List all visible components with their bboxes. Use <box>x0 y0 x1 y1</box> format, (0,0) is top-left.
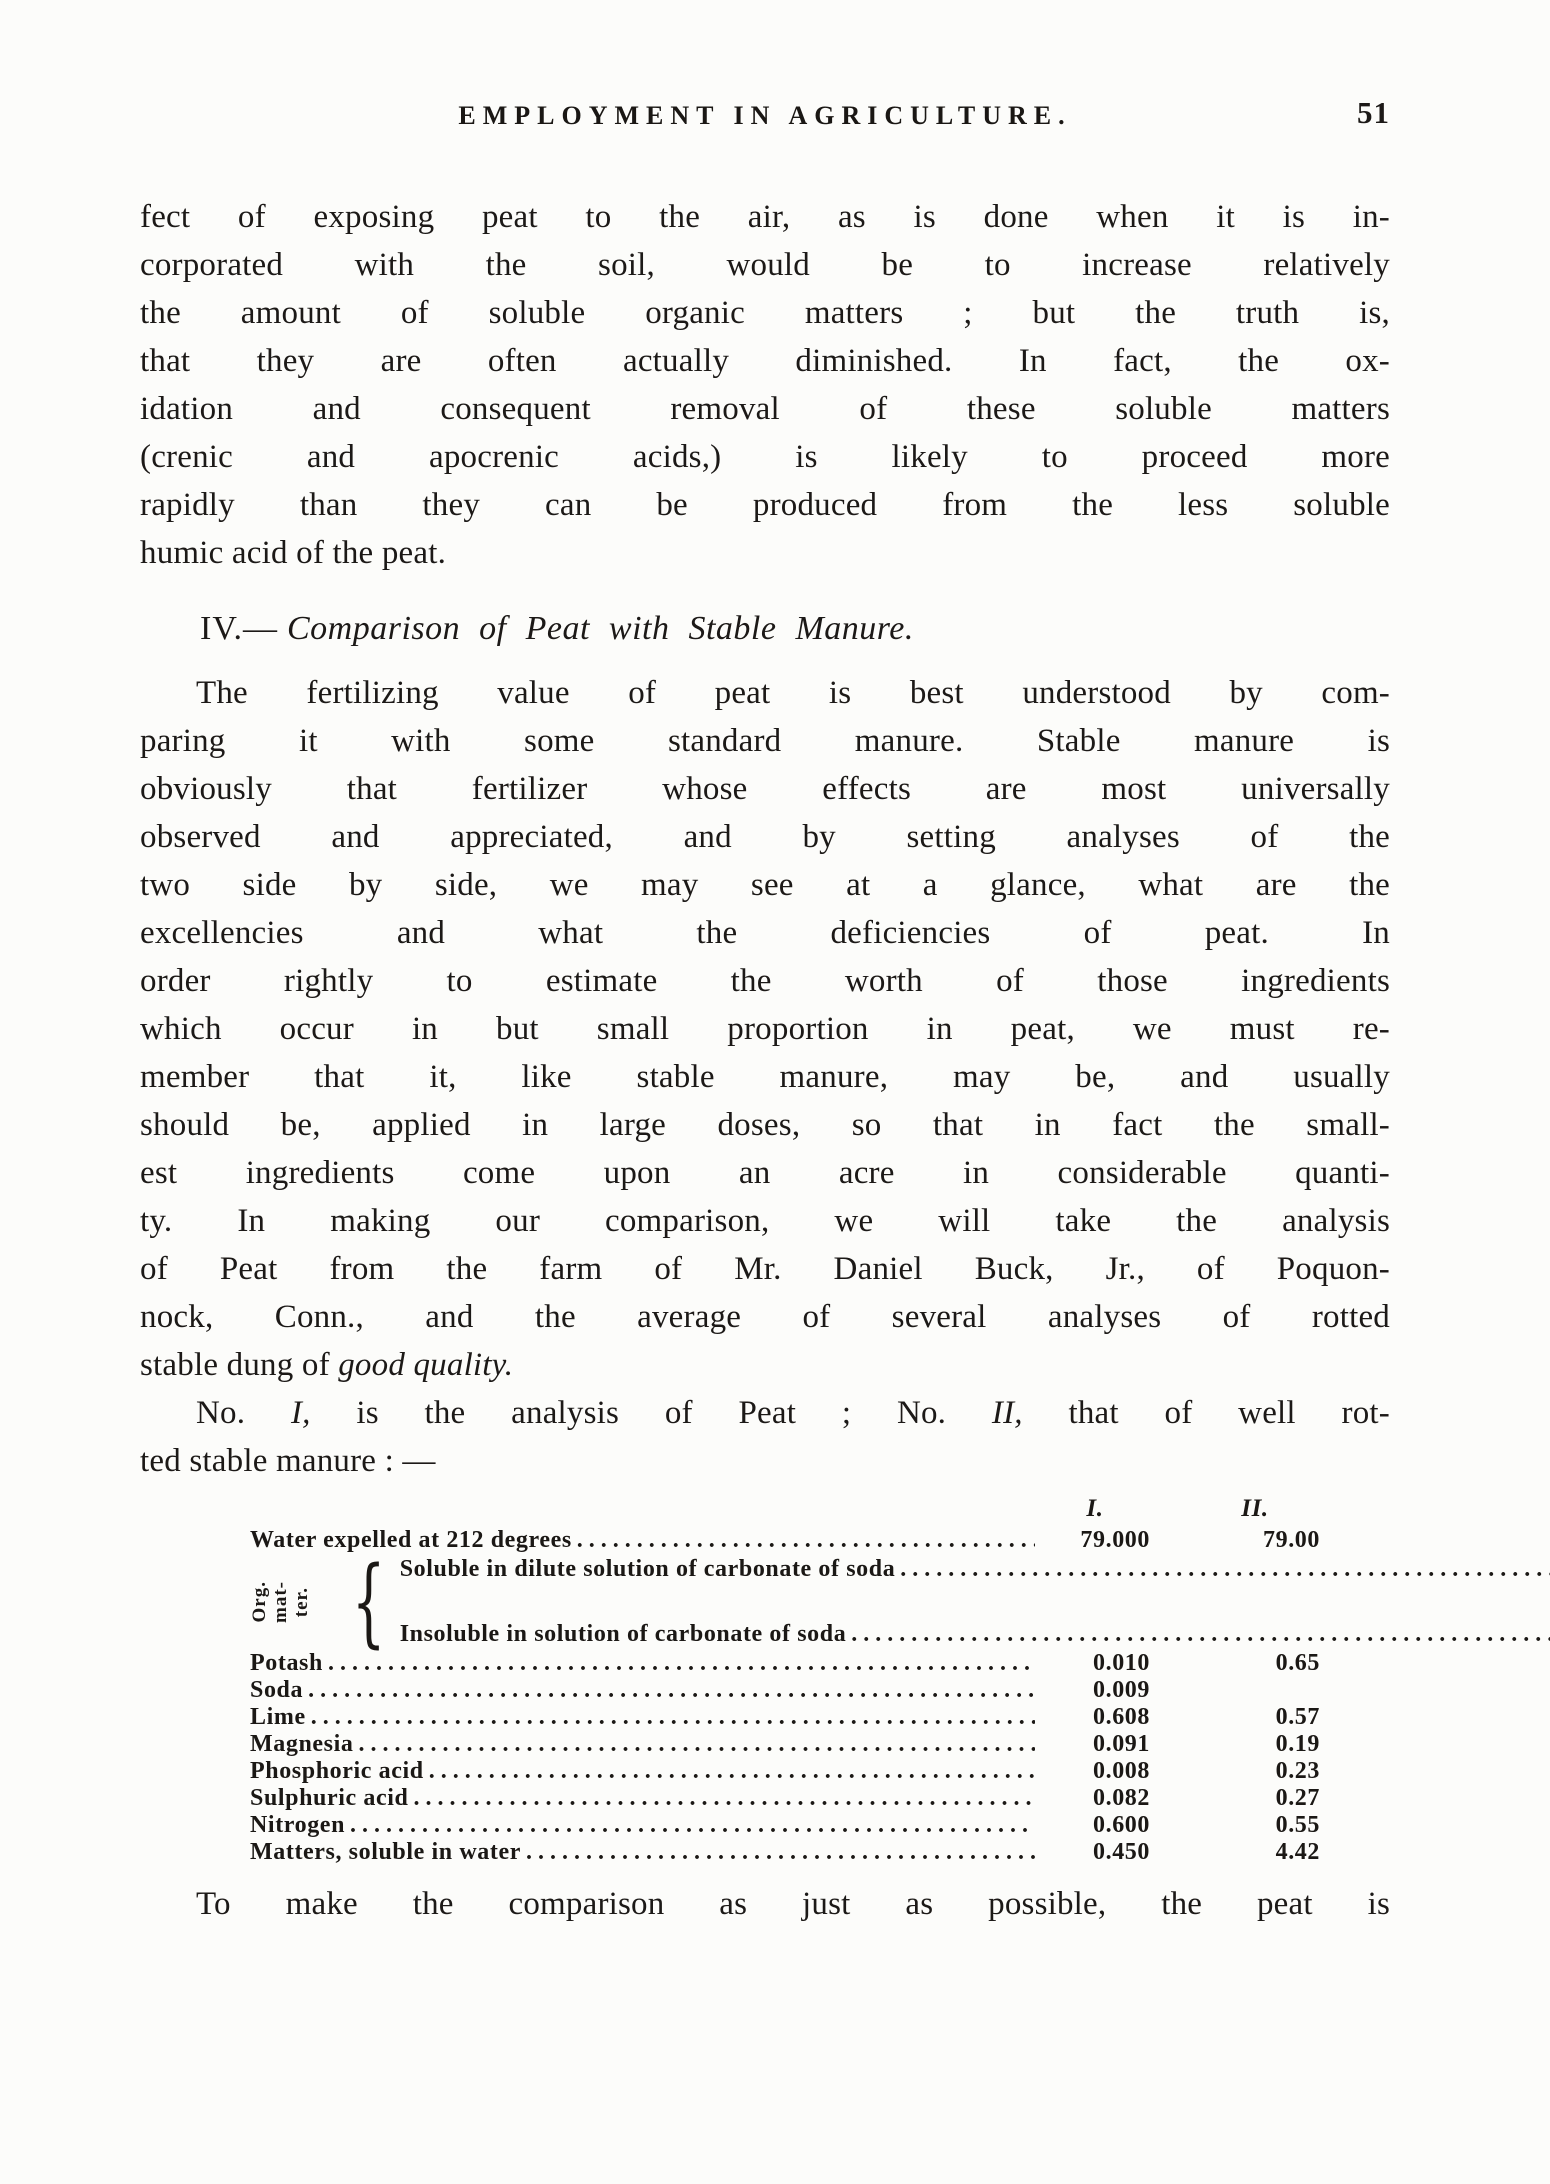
dot-leader: ........................................… <box>851 1621 1550 1648</box>
row-label: Potash <box>250 1650 323 1677</box>
value-col-2: 0.19 <box>1190 1731 1320 1758</box>
page-header: EMPLOYMENT IN AGRICULTURE. 51 <box>140 95 1390 139</box>
text-line: member that it, like stable manure, may … <box>140 1053 1390 1101</box>
row-label: Soda <box>250 1677 303 1704</box>
text-line: No. I, is the analysis of Peat ; No. II,… <box>140 1389 1390 1437</box>
dot-leader: ........................................… <box>900 1556 1550 1583</box>
text-line: the amount of soluble organic matters ; … <box>140 289 1390 337</box>
value-col-2: 0.65 <box>1190 1650 1320 1677</box>
row-label: Nitrogen <box>250 1812 345 1839</box>
value-col-1: 79.000 <box>1040 1527 1150 1554</box>
text-line: order rightly to estimate the worth of t… <box>140 957 1390 1005</box>
table-row: Lime....................................… <box>250 1704 1320 1731</box>
section-heading: IV.—Comparison of Peat with Stable Manur… <box>200 605 1390 653</box>
value-col-2: 79.00 <box>1190 1527 1320 1554</box>
page-number: 51 <box>1357 95 1390 131</box>
table-row: Matters, soluble in water...............… <box>250 1839 1320 1866</box>
table-row: Soda....................................… <box>250 1677 1320 1704</box>
table-row: Soluble in dilute solution of carbonate … <box>400 1556 1550 1583</box>
column-header-2: II. <box>1190 1495 1320 1522</box>
row-label: Phosphoric acid <box>250 1758 424 1785</box>
value-col-1: 0.091 <box>1040 1731 1150 1758</box>
table-row: Insoluble in solution of carbonate of so… <box>400 1621 1550 1648</box>
text-line: nock, Conn., and the average of several … <box>140 1293 1390 1341</box>
value-col-2: 0.27 <box>1190 1785 1320 1812</box>
text-line: that they are often actually diminished.… <box>140 337 1390 385</box>
closing-paragraph: To make the comparison as just as possib… <box>140 1880 1390 1928</box>
text-line: (crenic and apocrenic acids,) is likely … <box>140 433 1390 481</box>
text-line: ted stable manure : — <box>140 1437 1390 1485</box>
vertical-label-organic-matter: Org.mat-ter. <box>250 1556 338 1648</box>
value-col-2: 0.57 <box>1190 1704 1320 1731</box>
text-line: est ingredients come upon an acre in con… <box>140 1149 1390 1197</box>
value-col-2: 0.23 <box>1190 1758 1320 1785</box>
text-line: paring it with some standard manure. Sta… <box>140 717 1390 765</box>
column-header-1: I. <box>1040 1495 1150 1522</box>
dot-leader: ........................................… <box>328 1650 1035 1677</box>
value-col-1: 0.009 <box>1040 1677 1150 1704</box>
table-row: Sulphuric acid..........................… <box>250 1785 1320 1812</box>
paragraph-2: The fertilizing value of peat is best un… <box>140 669 1390 1389</box>
dot-leader: ........................................… <box>526 1839 1035 1866</box>
value-col-1: 0.608 <box>1040 1704 1150 1731</box>
text-line: humic acid of the peat. <box>140 529 1390 577</box>
text-line: excellencies and what the deficiencies o… <box>140 909 1390 957</box>
text-line: corporated with the soil, would be to in… <box>140 241 1390 289</box>
section-number: IV.— <box>200 610 278 647</box>
book-page: EMPLOYMENT IN AGRICULTURE. 51 fect of ex… <box>0 0 1550 2184</box>
text-line: two side by side, we may see at a glance… <box>140 861 1390 909</box>
dot-leader: ........................................… <box>350 1812 1035 1839</box>
dot-leader: ........................................… <box>311 1704 1035 1731</box>
text-line: To make the comparison as just as possib… <box>140 1880 1390 1928</box>
row-label: Sulphuric acid <box>250 1785 408 1812</box>
dot-leader: ........................................… <box>429 1758 1035 1785</box>
value-col-1: 0.082 <box>1040 1785 1150 1812</box>
row-label: Water expelled at 212 degrees <box>250 1527 572 1554</box>
dot-leader: ........................................… <box>577 1527 1035 1554</box>
text-line: should be, applied in large doses, so th… <box>140 1101 1390 1149</box>
text-line: of Peat from the farm of Mr. Daniel Buck… <box>140 1245 1390 1293</box>
text-line: observed and appreciated, and by setting… <box>140 813 1390 861</box>
row-label: Matters, soluble in water <box>250 1839 521 1866</box>
analysis-table: I.II.Water expelled at 212 degrees......… <box>250 1495 1320 1866</box>
value-col-1: 0.450 <box>1040 1839 1150 1866</box>
dot-leader: ........................................… <box>358 1731 1035 1758</box>
dot-leader: ........................................… <box>413 1785 1035 1812</box>
text-line: idation and consequent removal of these … <box>140 385 1390 433</box>
row-label: Lime <box>250 1704 306 1731</box>
table-row: Nitrogen................................… <box>250 1812 1320 1839</box>
table-row: Water expelled at 212 degrees...........… <box>250 1527 1320 1554</box>
row-label: Insoluble in solution of carbonate of so… <box>400 1621 847 1648</box>
text-line: fect of exposing peat to the air, as is … <box>140 193 1390 241</box>
row-label: Magnesia <box>250 1731 353 1758</box>
table-group-organic-matter: Org.mat-ter.{Soluble in dilute solution … <box>250 1554 1320 1650</box>
dot-leader: ........................................… <box>308 1677 1035 1704</box>
paragraph-1: fect of exposing peat to the air, as is … <box>140 193 1390 577</box>
table-row: Potash..................................… <box>250 1650 1320 1677</box>
text-line: The fertilizing value of peat is best un… <box>140 669 1390 717</box>
value-col-1: 0.600 <box>1040 1812 1150 1839</box>
text-line: which occur in but small proportion in p… <box>140 1005 1390 1053</box>
value-col-2: 4.42 <box>1190 1839 1320 1866</box>
value-col-1: 0.008 <box>1040 1758 1150 1785</box>
text-line: obviously that fertilizer whose effects … <box>140 765 1390 813</box>
row-label: Soluble in dilute solution of carbonate … <box>400 1556 896 1583</box>
paragraph-3: No. I, is the analysis of Peat ; No. II,… <box>140 1389 1390 1485</box>
text-line: rapidly than they can be produced from t… <box>140 481 1390 529</box>
value-col-1: 0.010 <box>1040 1650 1150 1677</box>
open-brace: { <box>352 1556 386 1648</box>
section-title: Comparison of Peat with Stable Manure. <box>287 610 914 647</box>
table-row: Phosphoric acid.........................… <box>250 1758 1320 1785</box>
text-line: ty. In making our comparison, we will ta… <box>140 1197 1390 1245</box>
value-col-2: 0.55 <box>1190 1812 1320 1839</box>
text-line: stable dung of good quality. <box>140 1341 1390 1389</box>
table-row: Magnesia................................… <box>250 1731 1320 1758</box>
table-header-row: I.II. <box>250 1495 1320 1525</box>
running-title: EMPLOYMENT IN AGRICULTURE. <box>140 95 1390 131</box>
